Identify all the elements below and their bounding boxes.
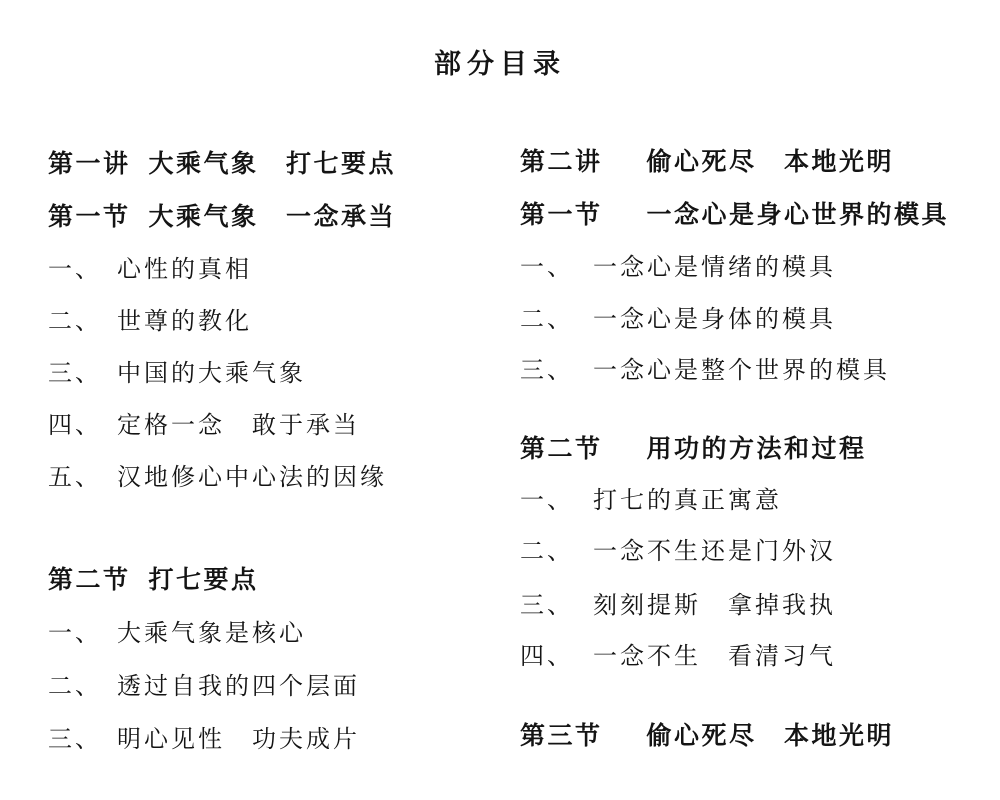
toc-section-heading: 第二节打七要点: [48, 566, 259, 595]
toc-item: 一、心性的真相: [48, 256, 252, 284]
toc-section-heading: 第一节大乘气象 一念承当: [48, 203, 396, 232]
section-label: 第三节: [520, 722, 603, 751]
item-text: 打七的真正寓意: [593, 487, 782, 514]
toc-item: 三、一念心是整个世界的模具: [520, 357, 890, 385]
toc-item: 四、定格一念 敢于承当: [48, 412, 360, 440]
item-number: 四、: [520, 643, 593, 671]
item-text: 一念不生 看清习气: [593, 643, 836, 670]
section-label: 第二节: [48, 566, 131, 595]
item-text: 一念不生还是门外汉: [593, 538, 836, 565]
item-text: 透过自我的四个层面: [117, 673, 360, 700]
item-number: 一、: [520, 487, 593, 515]
section-label: 第一节: [520, 201, 603, 230]
chapter-label: 第二讲: [520, 148, 603, 177]
toc-item: 三、明心见性 功夫成片: [48, 726, 360, 754]
item-text: 刻刻提斯 拿掉我执: [593, 592, 836, 619]
toc-item: 三、中国的大乘气象: [48, 360, 306, 388]
item-number: 三、: [48, 726, 117, 754]
toc-item: 二、一念心是身体的模具: [520, 306, 836, 334]
toc-chapter-heading: 第二讲偷心死尽 本地光明: [520, 148, 894, 177]
item-number: 二、: [520, 306, 593, 334]
toc-chapter-heading: 第一讲大乘气象 打七要点: [48, 150, 396, 179]
section-title: 大乘气象 一念承当: [149, 203, 397, 231]
item-number: 二、: [48, 308, 117, 336]
item-text: 汉地修心中心法的因缘: [117, 464, 387, 491]
toc-item: 一、一念心是情绪的模具: [520, 254, 836, 282]
toc-page: { "title": "部分目录", "left": [ {"label": "…: [0, 0, 1000, 800]
toc-item: 三、刻刻提斯 拿掉我执: [520, 592, 836, 620]
chapter-title: 偷心死尽 本地光明: [647, 148, 895, 176]
item-number: 一、: [520, 254, 593, 282]
item-text: 一念心是身体的模具: [593, 306, 836, 333]
chapter-label: 第一讲: [48, 150, 131, 179]
item-number: 四、: [48, 412, 117, 440]
item-number: 三、: [520, 592, 593, 620]
section-title: 偷心死尽 本地光明: [647, 722, 895, 750]
item-text: 定格一念 敢于承当: [117, 412, 360, 439]
item-number: 二、: [48, 673, 117, 701]
right-column: 第二讲偷心死尽 本地光明 第一节一念心是身心世界的模具 一、一念心是情绪的模具 …: [520, 0, 992, 800]
section-label: 第一节: [48, 203, 131, 232]
section-title: 一念心是身心世界的模具: [647, 201, 950, 229]
toc-item: 一、大乘气象是核心: [48, 620, 306, 648]
toc-section-heading: 第一节一念心是身心世界的模具: [520, 201, 949, 230]
chapter-title: 大乘气象 打七要点: [149, 150, 397, 178]
toc-item: 二、一念不生还是门外汉: [520, 538, 836, 566]
toc-item: 一、打七的真正寓意: [520, 487, 782, 515]
item-number: 五、: [48, 464, 117, 492]
toc-item: 五、汉地修心中心法的因缘: [48, 464, 387, 492]
section-title: 打七要点: [149, 566, 259, 594]
item-text: 大乘气象是核心: [117, 620, 306, 647]
item-text: 明心见性 功夫成片: [117, 726, 360, 753]
toc-item: 四、一念不生 看清习气: [520, 643, 836, 671]
section-title: 用功的方法和过程: [647, 435, 867, 463]
toc-item: 二、透过自我的四个层面: [48, 673, 360, 701]
left-column: 第一讲大乘气象 打七要点 第一节大乘气象 一念承当 一、心性的真相 二、世尊的教…: [48, 0, 510, 800]
item-text: 一念心是情绪的模具: [593, 254, 836, 281]
item-number: 二、: [520, 538, 593, 566]
item-number: 一、: [48, 620, 117, 648]
toc-section-heading: 第三节偷心死尽 本地光明: [520, 722, 894, 751]
section-label: 第二节: [520, 435, 603, 464]
item-text: 心性的真相: [117, 256, 252, 283]
item-text: 世尊的教化: [117, 308, 252, 335]
item-number: 三、: [520, 357, 593, 385]
toc-section-heading: 第二节用功的方法和过程: [520, 435, 867, 464]
item-text: 中国的大乘气象: [117, 360, 306, 387]
item-number: 三、: [48, 360, 117, 388]
item-text: 一念心是整个世界的模具: [593, 357, 890, 384]
toc-item: 二、世尊的教化: [48, 308, 252, 336]
item-number: 一、: [48, 256, 117, 284]
